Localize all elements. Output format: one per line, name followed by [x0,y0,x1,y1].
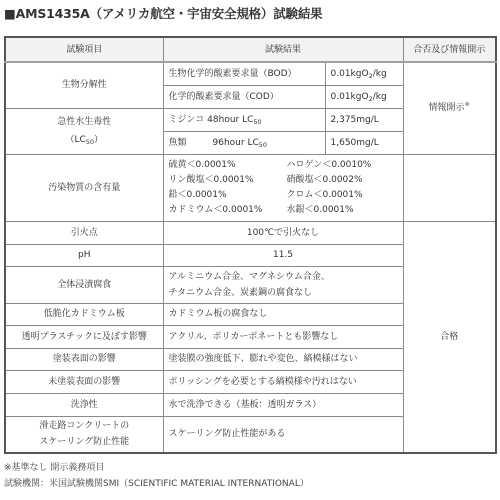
pollutant-cadmium: カドミウム＜0.0001% [169,204,287,217]
fish-label: 魚類96hour LC50 [163,131,325,154]
footnote-disclosure: ※基準なし 開示義務項目 [4,460,309,476]
header-test-item: 試験項目 [5,37,163,62]
cod-value: 0.01kgO2/kg [325,85,403,108]
ph-result: 11.5 [163,244,403,266]
item-cadmium-plate: 低脆化カドミウム板 [5,303,163,325]
immersion-corrosion-result: アルミニウム合金、マグネシウム合金、 チタニウム合金、炭素鋼の腐食なし [163,266,403,303]
item-flash-point: 引火点 [5,221,163,244]
item-unpainted-surface: 未塗装表面の影響 [5,370,163,393]
item-painted-surface: 塗装表面の影響 [5,348,163,370]
pollutant-lead: 鉛＜0.0001% [169,189,287,202]
flash-point-result: 100℃で引火なし [163,221,403,244]
item-immersion-corrosion: 全体浸漬腐食 [5,266,163,303]
footnote-mark: ※ [465,100,470,108]
item-biodegradability: 生物分解性 [5,62,163,108]
unpainted-surface-result: ポリッシングを必要とする縞模様や汚れはない [163,370,403,393]
pollutant-sulfur: 硫黄＜0.0001% [169,159,287,172]
footnote-testing-body: 試験機関：米国試験機関SMI（SCIENTIFIC MATERIAL INTER… [4,476,309,492]
pass-cell: 合格 [403,221,496,453]
cod-label: 化学的酸素要求量（COD） [163,85,325,108]
washability-result: 水で洗浄できる（基板：透明ガラス） [163,393,403,416]
daphnia-label: ミジンコ 48hour LC50 [163,108,325,131]
pollutant-chromium: クロム＜0.0001% [287,189,398,202]
fish-value: 1,650mg/L [325,131,403,154]
painted-surface-result: 塗装膜の強度低下、膨れや変色、縞模様はない [163,348,403,370]
pollutant-values: 硫黄＜0.0001% ハロゲン＜0.0010% リン酸塩＜0.0001% 硝酸塩… [163,154,403,221]
runway-scaling-result: スケーリング防止性能がある [163,416,403,453]
item-aquatic-toxicity: 急性水生毒性 （LC50） [5,108,163,154]
item-pollutants: 汚染物質の含有量 [5,154,163,221]
item-ph: pH [5,244,163,266]
header-pass-disclosure: 合否及び情報開示 [403,37,496,62]
item-washability: 洗浄性 [5,393,163,416]
pollutant-nitrate: 硝酸塩＜0.0002% [287,174,398,187]
cadmium-plate-result: カドミウム板の腐食なし [163,303,403,325]
plastics-result: アクリル、ポリカーボネートとも影響なし [163,325,403,348]
item-runway-scaling: 滑走路コンクリートの スケーリング防止性能 [5,416,163,453]
bod-value: 0.01kgO2/kg [325,62,403,85]
page-title: ■AMS1435A（アメリカ航空・宇宙安全規格）試験結果 [4,4,322,22]
pollutant-halogen: ハロゲン＜0.0010% [287,159,398,172]
table-row: 引火点 100℃で引火なし 合格 [5,221,496,244]
pollutant-mercury: 水銀＜0.0001% [287,204,398,217]
table-row: 汚染物質の含有量 硫黄＜0.0001% ハロゲン＜0.0010% リン酸塩＜0.… [5,154,496,221]
table-header-row: 試験項目 試験結果 合否及び情報開示 [5,37,496,62]
disclosure-cell: 情報開示※ [403,62,496,154]
item-plastics: 透明プラスチックに及ぼす影響 [5,325,163,348]
footnotes: ※基準なし 開示義務項目 試験機関：米国試験機関SMI（SCIENTIFIC M… [4,460,309,492]
table-row: 生物分解性 生物化学的酸素要求量（BOD） 0.01kgO2/kg 情報開示※ [5,62,496,85]
test-results-table: 試験項目 試験結果 合否及び情報開示 生物分解性 生物化学的酸素要求量（BOD）… [4,36,497,454]
bod-label: 生物化学的酸素要求量（BOD） [163,62,325,85]
header-test-result: 試験結果 [163,37,403,62]
pollutant-phosphate: リン酸塩＜0.0001% [169,174,287,187]
daphnia-value: 2,375mg/L [325,108,403,131]
